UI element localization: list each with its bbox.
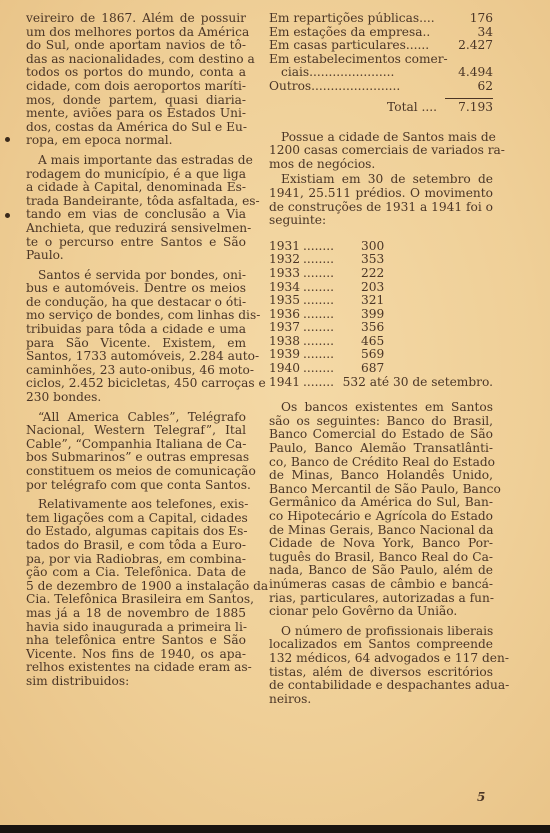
text-line: co Hipotecário e Agrícola do Estado (269, 510, 493, 524)
table-row: 1933........222 (269, 267, 493, 281)
leader-dots: ........ (299, 348, 361, 362)
text-line: Existiam em 30 de setembro de (269, 173, 493, 187)
text-line: tuguês do Brasil, Banco Real do Ca- (269, 551, 493, 565)
year: 1940 (269, 362, 299, 376)
leader-dots: ........ (299, 335, 361, 349)
text-line: são os seguintes: Banco do Brasil, (269, 415, 493, 429)
text-line: cionar pelo Govêrno da União. (269, 605, 493, 619)
table-row: Outros ....................... 62 (269, 80, 493, 94)
leader-dots: ........ (299, 253, 361, 267)
paragraph-professionals: O número de profissionais liberais local… (269, 625, 493, 707)
text-line: nha telefônica entre Santos e São (26, 634, 246, 648)
text-line: Germânico da América do Sul, Ban- (269, 496, 493, 510)
text-line: Santos é servida por bondes, oni- (26, 269, 246, 283)
telephone-distribution-table: Em repartições públicas .... 176 Em esta… (269, 12, 493, 115)
row-label: Em repartições públicas (269, 12, 419, 26)
text-line: constituem os meios de comunicação (26, 465, 246, 479)
text-line: tistas, além de diversos escritórios (269, 666, 493, 680)
table-row: Em casas particulares ...... 2.427 (269, 39, 493, 53)
text-line: bus e automóveis. Dentre os meios (26, 282, 246, 296)
table-row: 1937........356 (269, 321, 493, 335)
row-label: Em estabelecimentos comer- (269, 53, 448, 67)
text-line: Santos, 1733 automóveis, 2.284 auto- (26, 350, 246, 364)
value: 203 (361, 281, 384, 295)
year: 1934 (269, 281, 299, 295)
table-row: Em estabelecimentos comer- (269, 53, 493, 67)
leader-dots: ...... (406, 39, 443, 53)
year: 1941 (269, 376, 299, 390)
value: 687 (361, 362, 384, 376)
year: 1931 (269, 240, 299, 254)
text-line: pa, por via Radiobras, em combina- (26, 553, 246, 567)
table-row: Em repartições públicas .... 176 (269, 12, 493, 26)
paragraph-buildings: Existiam em 30 de setembro de 1941, 25.5… (269, 173, 493, 227)
row-value: 62 (443, 80, 493, 94)
text-line: do Estado, algumas capitais dos Es- (26, 525, 246, 539)
row-value: 4.494 (443, 66, 493, 80)
table-row: 1936........399 (269, 308, 493, 322)
text-line: rodagem do município, é a que liga (26, 168, 246, 182)
text-line: O número de profissionais liberais (269, 625, 493, 639)
text-line: de Minas, Banco Holandês Unido, (269, 469, 493, 483)
year: 1933 (269, 267, 299, 281)
row-value: 2.427 (443, 39, 493, 53)
paragraph-telegraph: “All America Cables”, Telégrafo Nacional… (26, 411, 246, 493)
row-label: ciais (269, 66, 309, 80)
year: 1932 (269, 253, 299, 267)
paragraph-transport: Santos é servida por bondes, oni- bus e … (26, 269, 246, 405)
text-line: por telégrafo com que conta Santos. (26, 479, 246, 493)
text-line: bos Submarinos” e outras empresas (26, 451, 246, 465)
paragraph-roads: A mais importante das estradas de rodage… (26, 154, 246, 263)
text-line: tados do Brasil, e com tôda a Euro- (26, 539, 246, 553)
table-row: ciais ...................... 4.494 (269, 66, 493, 80)
row-value (448, 53, 498, 67)
text-line: dos, costas da América do Sul e Eu- (26, 121, 246, 135)
row-value: 34 (443, 26, 493, 40)
scan-bottom-edge (0, 825, 550, 833)
text-line: Relativamente aos telefones, exis- (26, 498, 246, 512)
paragraph-telephones: Relativamente aos telefones, exis- tem l… (26, 498, 246, 688)
text-line: mas já a 18 de novembro de 1885 (26, 607, 246, 621)
text-line: de contabilidade e despachantes adua- (269, 679, 493, 693)
row-label: Outros (269, 80, 311, 94)
paragraph-port: veireiro de 1867. Além de possuir um dos… (26, 12, 246, 148)
text-line: do Sul, onde aportam navios de tô- (26, 39, 246, 53)
leader-dots: ........ (299, 321, 361, 335)
text-line: de Minas Gerais, Banco Nacional da (269, 524, 493, 538)
text-line: “All America Cables”, Telégrafo (26, 411, 246, 425)
text-line: ropa, em epoca normal. (26, 134, 246, 148)
total-label: Total .... (387, 101, 437, 115)
leader-dots: ........ (299, 281, 361, 295)
construction-table: 1931........300 1932........353 1933....… (269, 240, 493, 390)
right-column: Em repartições públicas .... 176 Em esta… (269, 12, 493, 712)
text-line: neiros. (269, 693, 493, 707)
leader-dots: ........ (299, 267, 361, 281)
text-line: A mais importante das estradas de (26, 154, 246, 168)
text-line: mente, aviões para os Estados Uni- (26, 107, 246, 121)
text-line: mo serviço de bondes, com linhas dis- (26, 309, 246, 323)
text-line: tribuidas para tôda a cidade e uma (26, 323, 246, 337)
table-row: 1939........569 (269, 348, 493, 362)
text-line: trada Bandeirante, tôda asfaltada, es- (26, 195, 246, 209)
table-row: 1940........687 (269, 362, 493, 376)
leader-dots: ...................... (309, 66, 443, 80)
text-line: todos os portos do mundo, conta a (26, 66, 246, 80)
paragraph-commerce: Possue a cidade de Santos mais de 1200 c… (269, 131, 493, 172)
text-line: 1200 casas comerciais de variados ra- (269, 144, 493, 158)
text-line: de condução, ha que destacar o óti- (26, 296, 246, 310)
text-line: mos, donde partem, quasi diaria- (26, 94, 246, 108)
page-number: 5 (477, 790, 485, 804)
text-line: Paulo, Banco Alemão Transatlânti- (269, 442, 493, 456)
row-value: 176 (443, 12, 493, 26)
table-row: 1934........203 (269, 281, 493, 295)
total-rule-divider (445, 98, 493, 99)
text-line: um dos melhores portos da América (26, 26, 246, 40)
text-line: a cidade à Capital, denominada Es- (26, 181, 246, 195)
text-line: seguinte: (269, 214, 493, 228)
text-line: mos de negócios. (269, 158, 493, 172)
value: 465 (361, 335, 384, 349)
year: 1937 (269, 321, 299, 335)
text-line: Cable”, “Companhia Italiana de Ca- (26, 438, 246, 452)
text-line: 1941, 25.511 prédios. O movimento (269, 187, 493, 201)
text-line: cidade, com dois aeroportos maríti- (26, 80, 246, 94)
text-line: Banco Mercantil de São Paulo, Banco (269, 483, 493, 497)
value: 300 (361, 240, 384, 254)
value: 399 (361, 308, 384, 322)
table-row: 1941........532 até 30 de setembro. (269, 376, 493, 390)
table-row: Em estações da empresa .. 34 (269, 26, 493, 40)
table-row: 1932........353 (269, 253, 493, 267)
year: 1939 (269, 348, 299, 362)
total-row: Total .... 7.193 (269, 101, 493, 115)
value: 353 (361, 253, 384, 267)
text-line: co, Banco de Crédito Real do Estado (269, 456, 493, 470)
text-line: Vicente. Nos fins de 1940, os apa- (26, 648, 246, 662)
value: 321 (361, 294, 384, 308)
value: 569 (361, 348, 384, 362)
year: 1938 (269, 335, 299, 349)
text-line: 230 bondes. (26, 391, 246, 405)
value: 532 até 30 de setembro. (343, 376, 493, 390)
text-line: Anchieta, que reduzirá sensivelmen- (26, 222, 246, 236)
text-line: relhos existentes na cidade eram as- (26, 661, 246, 675)
text-line: Banco Comercial do Estado de São (269, 428, 493, 442)
text-line: 132 médicos, 64 advogados e 117 den- (269, 652, 493, 666)
total-value: 7.193 (443, 101, 493, 115)
table-row: 1935........321 (269, 294, 493, 308)
text-line: tem ligações com a Capital, cidades (26, 512, 246, 526)
value: 222 (361, 267, 384, 281)
page-blemish-mark (5, 213, 10, 218)
text-line: Cidade de Nova York, Banco Por- (269, 537, 493, 551)
year: 1935 (269, 294, 299, 308)
text-line: Paulo. (26, 249, 246, 263)
text-line: ciclos, 2.452 bicicletas, 450 carroças e (26, 377, 246, 391)
value: 356 (361, 321, 384, 335)
leader-dots: ........ (299, 240, 361, 254)
text-line: nada, Banco de São Paulo, além de (269, 564, 493, 578)
text-line: ção com a Cia. Telefônica. Data de (26, 566, 246, 580)
text-line: Cia. Telefônica Brasileira em Santos, (26, 593, 246, 607)
leader-dots: ........ (299, 294, 361, 308)
row-label: Em estações da empresa (269, 26, 423, 40)
leader-dots: ........ (299, 308, 361, 322)
text-line: 5 de dezembro de 1900 a instalação da (26, 580, 246, 594)
text-line: de construções de 1931 a 1941 foi o (269, 201, 493, 215)
text-line: Nacional, Western Telegraf”, Ital (26, 424, 246, 438)
text-line: Os bancos existentes em Santos (269, 401, 493, 415)
text-line: te o percurso entre Santos e São (26, 236, 246, 250)
paragraph-banks: Os bancos existentes em Santos são os se… (269, 401, 493, 619)
text-line: inúmeras casas de câmbio e bancá- (269, 578, 493, 592)
text-line: sim distribuidos: (26, 675, 246, 689)
leader-dots: ........ (299, 376, 343, 390)
text-line: caminhões, 23 auto-onibus, 46 moto- (26, 364, 246, 378)
page-blemish-mark (5, 137, 10, 142)
text-line: das as nacionalidades, com destino a (26, 53, 246, 67)
table-row: 1938........465 (269, 335, 493, 349)
text-line: tando em vias de conclusão a Via (26, 208, 246, 222)
text-line: veireiro de 1867. Além de possuir (26, 12, 246, 26)
leader-dots: .... (419, 12, 443, 26)
row-label: Em casas particulares (269, 39, 406, 53)
text-line: rias, particulares, autorizadas a fun- (269, 592, 493, 606)
book-page: veireiro de 1867. Além de possuir um dos… (0, 0, 550, 825)
table-row: 1931........300 (269, 240, 493, 254)
year: 1936 (269, 308, 299, 322)
text-line: localizados em Santos compreende (269, 638, 493, 652)
left-column: veireiro de 1867. Além de possuir um dos… (26, 12, 246, 695)
leader-dots: ....................... (311, 80, 443, 94)
text-line: havia sido inaugurada a primeira li- (26, 621, 246, 635)
leader-dots: .. (423, 26, 443, 40)
text-line: para São Vicente. Existem, em (26, 337, 246, 351)
text-line: Possue a cidade de Santos mais de (269, 131, 493, 145)
leader-dots: ........ (299, 362, 361, 376)
